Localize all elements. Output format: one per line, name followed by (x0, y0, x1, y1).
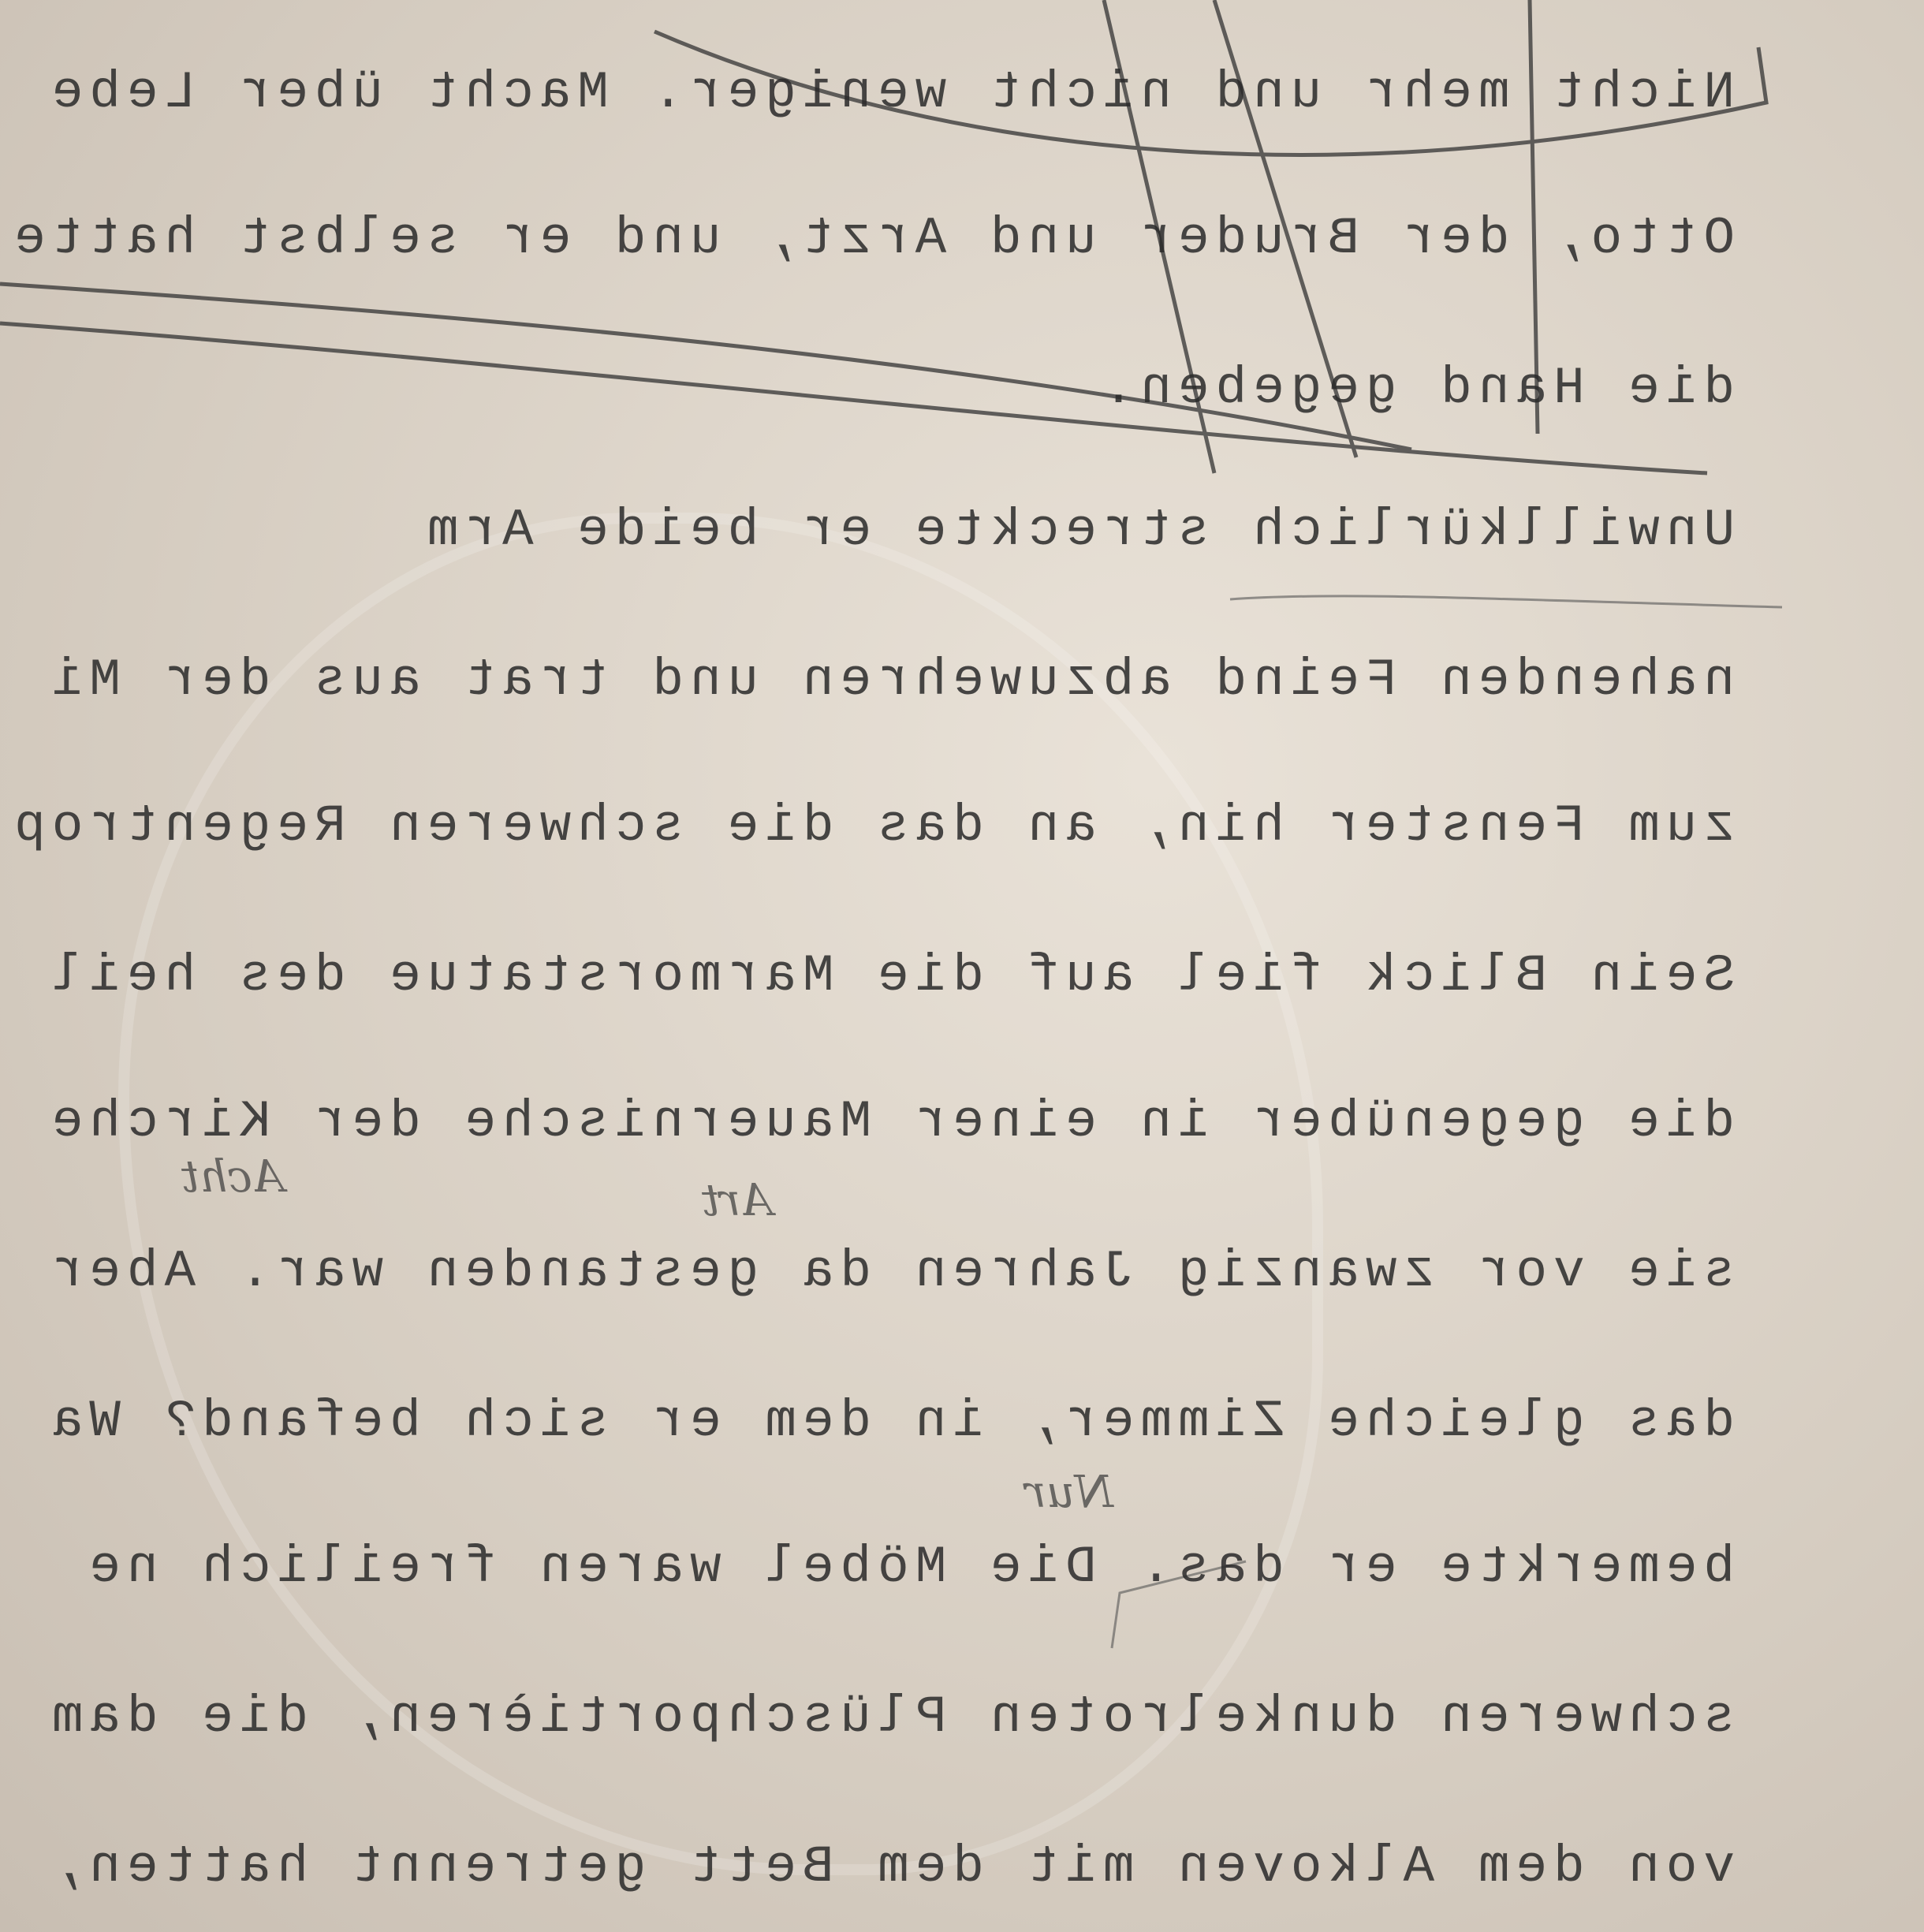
typed-line: Unwillkürlich streckte er beide Arm (421, 501, 1735, 560)
typed-line: Sein Blick fiel auf die Marmorstatue des… (46, 946, 1735, 1005)
typed-line: zum Fenster hin, an das die schweren Reg… (8, 796, 1735, 856)
typed-line: bemerkte er das. Die Möbel waren freilic… (83, 1538, 1735, 1597)
typed-line: Nicht mehr und nicht weniger. Macht über… (46, 63, 1735, 122)
handwritten-note: Art (702, 1175, 773, 1226)
document-photo: Nicht mehr und nicht weniger. Macht über… (0, 0, 1924, 1932)
typed-line: sie vor zwanzig Jahren da gestanden war.… (46, 1242, 1735, 1301)
typed-text: Nicht mehr und nicht weniger. Macht über… (0, 0, 1924, 1932)
typed-line: Otto, der Bruder und Arzt, und er selbst… (8, 209, 1735, 268)
typed-line: die gegenüber in einer Mauernische der K… (46, 1092, 1735, 1151)
typed-line: von dem Alkoven mit dem Bett getrennt ha… (46, 1837, 1735, 1897)
handwritten-note: Nur (1025, 1467, 1113, 1518)
typed-line: die Hand gegeben. (1097, 359, 1735, 418)
typed-line: schweren dunkelroten Plüschportièren, di… (46, 1688, 1735, 1747)
handwritten-note: Acht (181, 1151, 284, 1203)
typed-line: nahenden Feind abzuwehren und trat aus d… (46, 651, 1735, 710)
typed-line: das gleiche Zimmer, in dem er sich befan… (46, 1392, 1735, 1451)
